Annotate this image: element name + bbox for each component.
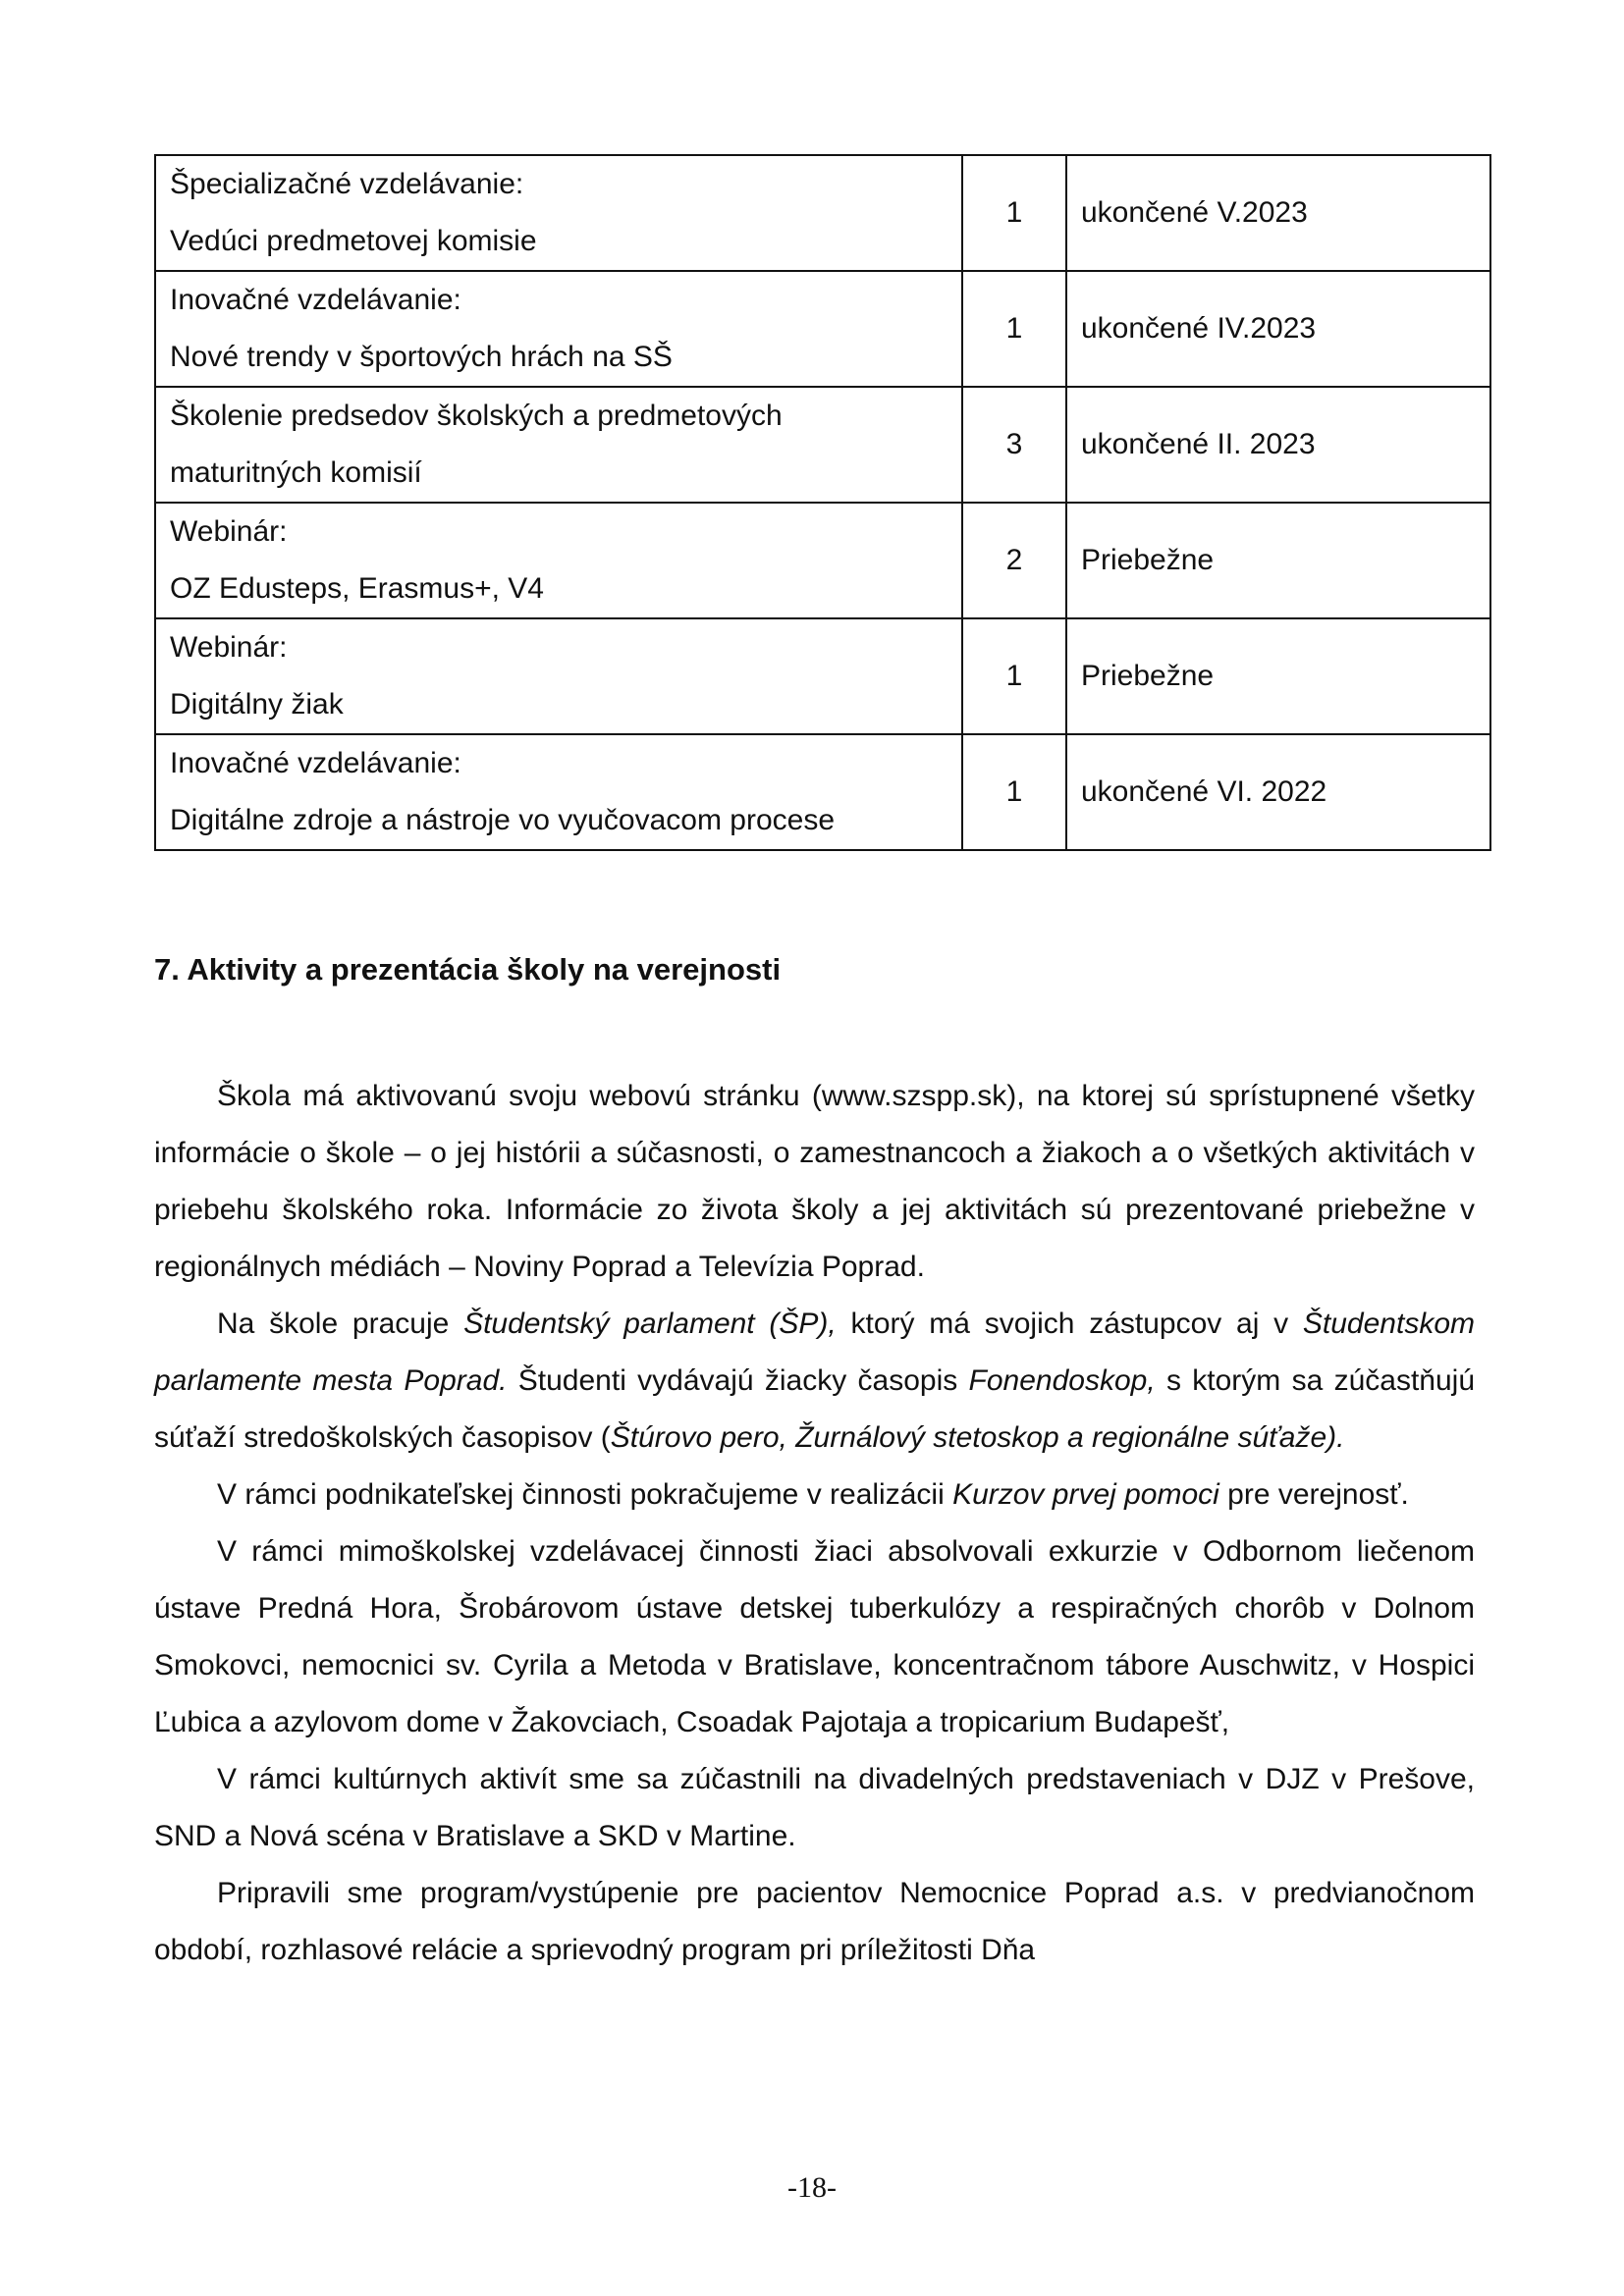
training-name-cell: Webinár: Digitálny žiak [155, 618, 962, 734]
italic-run: (ŠP), [769, 1308, 836, 1340]
training-table: Špecializačné vzdelávanie: Vedúci predme… [154, 154, 1491, 851]
training-name-cell: Webinár: OZ Edusteps, Erasmus+, V4 [155, 503, 962, 618]
training-type: Školenie predsedov školských a predmetov… [170, 388, 961, 445]
table-row: Školenie predsedov školských a predmetov… [155, 387, 1490, 503]
table-row: Webinár: Digitálny žiak 1 Priebežne [155, 618, 1490, 734]
section-body: Škola má aktivovanú svoju webovú stránku… [154, 1068, 1475, 1979]
participant-count: 2 [962, 503, 1066, 618]
paragraph-student-parliament: Na škole pracuje Študentský parlament (Š… [154, 1296, 1475, 1467]
text-run: Študenti vydávajú žiacky časopis [507, 1364, 968, 1397]
participant-count: 1 [962, 734, 1066, 850]
section-heading: 7. Aktivity a prezentácia školy na verej… [154, 950, 781, 989]
training-name-cell: Inovačné vzdelávanie: Digitálne zdroje a… [155, 734, 962, 850]
training-status: ukončené V.2023 [1066, 155, 1490, 271]
training-status: ukončené II. 2023 [1066, 387, 1490, 503]
training-title: OZ Edusteps, Erasmus+, V4 [170, 561, 961, 617]
training-type: Webinár: [170, 504, 961, 561]
text-run: pre verejnosť. [1219, 1478, 1409, 1511]
page-number: -18- [0, 2171, 1624, 2205]
training-status: ukončené VI. 2022 [1066, 734, 1490, 850]
training-type: Špecializačné vzdelávanie: [170, 156, 961, 213]
text-run: ktorý má svojich zástupcov aj v [837, 1308, 1303, 1340]
text-run: Na škole pracuje [217, 1308, 463, 1340]
paragraph-programs: Pripravili sme program/vystúpenie pre pa… [154, 1865, 1475, 1979]
training-type: Webinár: [170, 619, 961, 676]
italic-run: Študentský parlament [463, 1308, 755, 1340]
text-run [755, 1308, 770, 1340]
training-status: Priebežne [1066, 618, 1490, 734]
document-page: Špecializačné vzdelávanie: Vedúci predme… [0, 0, 1624, 2296]
training-name-cell: Inovačné vzdelávanie: Nové trendy v špor… [155, 271, 962, 387]
paragraph-first-aid-courses: V rámci podnikateľskej činnosti pokračuj… [154, 1467, 1475, 1523]
participant-count: 1 [962, 155, 1066, 271]
table-row: Inovačné vzdelávanie: Nové trendy v špor… [155, 271, 1490, 387]
table-row: Inovačné vzdelávanie: Digitálne zdroje a… [155, 734, 1490, 850]
training-name-cell: Školenie predsedov školských a predmetov… [155, 387, 962, 503]
training-title: Vedúci predmetovej komisie [170, 213, 961, 270]
italic-run: Fonendoskop, [969, 1364, 1156, 1397]
paragraph-excursions: V rámci mimoškolskej vzdelávacej činnost… [154, 1523, 1475, 1751]
table-row: Špecializačné vzdelávanie: Vedúci predme… [155, 155, 1490, 271]
paragraph-cultural-activities: V rámci kultúrnych aktivít sme sa zúčast… [154, 1751, 1475, 1865]
participant-count: 1 [962, 618, 1066, 734]
training-title: Digitálny žiak [170, 676, 961, 733]
participant-count: 1 [962, 271, 1066, 387]
paragraph-website: Škola má aktivovanú svoju webovú stránku… [154, 1068, 1475, 1296]
table-row: Webinár: OZ Edusteps, Erasmus+, V4 2 Pri… [155, 503, 1490, 618]
training-title: Digitálne zdroje a nástroje vo vyučovaco… [170, 792, 961, 849]
training-title: Nové trendy v športových hrách na SŠ [170, 329, 961, 386]
training-status: Priebežne [1066, 503, 1490, 618]
italic-run: Kurzov prvej pomoci [952, 1478, 1219, 1511]
italic-run: Štúrovo pero, Žurnálový stetoskop a regi… [611, 1421, 1345, 1454]
training-title: maturitných komisií [170, 445, 961, 502]
training-status: ukončené IV.2023 [1066, 271, 1490, 387]
participant-count: 3 [962, 387, 1066, 503]
training-type: Inovačné vzdelávanie: [170, 272, 961, 329]
training-type: Inovačné vzdelávanie: [170, 735, 961, 792]
text-run: V rámci podnikateľskej činnosti pokračuj… [217, 1478, 952, 1511]
training-name-cell: Špecializačné vzdelávanie: Vedúci predme… [155, 155, 962, 271]
